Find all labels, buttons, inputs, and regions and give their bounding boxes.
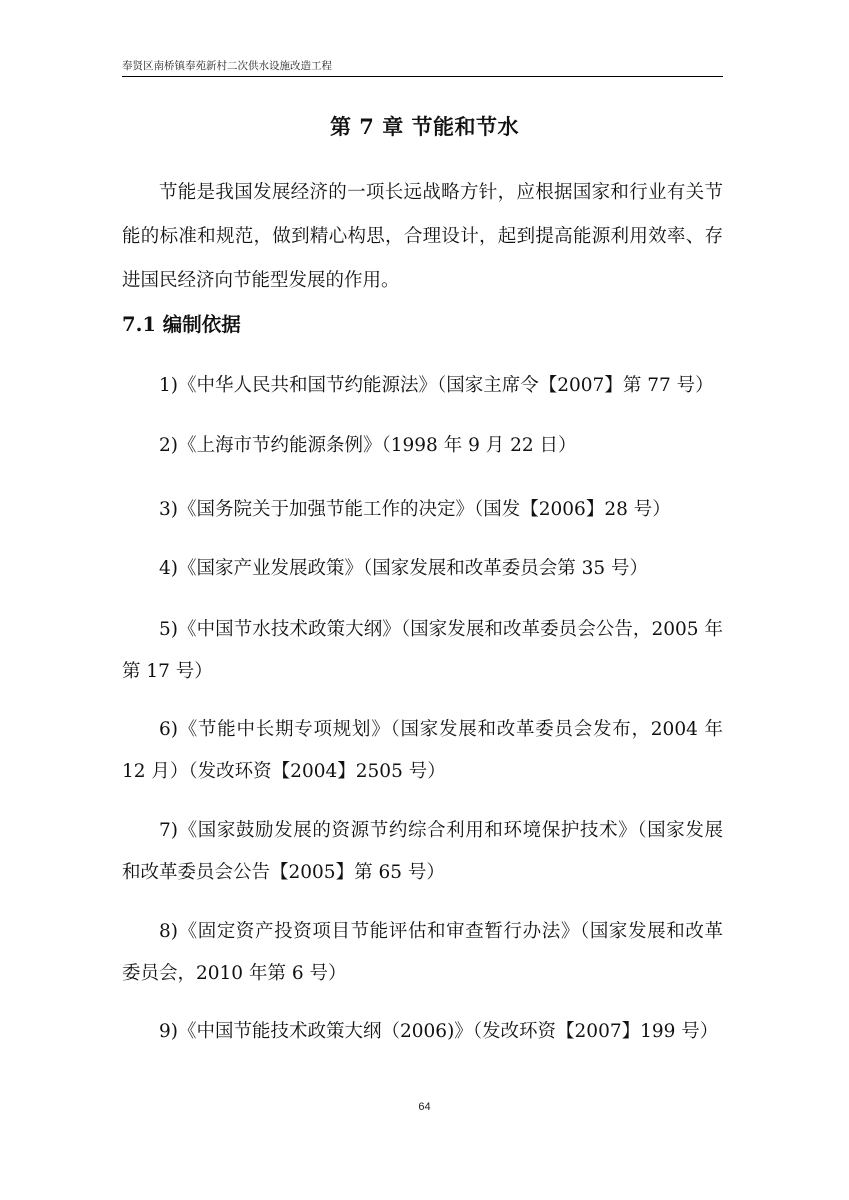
section-heading: 7.1 编制依据	[122, 311, 241, 339]
page-header: 奉贤区南桥镇奉苑新村二次供水设施改造工程	[122, 60, 723, 77]
running-title: 奉贤区南桥镇奉苑新村二次供水设施改造工程	[122, 60, 332, 73]
reference-item-6: 6)《节能中长期专项规划》（国家发展和改革委员会发布，2004 年 12 月）（…	[122, 709, 723, 793]
chapter-title: 第 7 章 节能和节水	[0, 112, 849, 142]
reference-item-8: 8)《固定资产投资项目节能评估和审查暂行办法》（国家发展和改革委员会，2010 …	[122, 911, 723, 995]
intro-paragraph: 节能是我国发展经济的一项长远战略方针，应根据国家和行业有关节能的标准和规范，做到…	[122, 171, 723, 303]
reference-item-3: 3)《国务院关于加强节能工作的决定》（国发【2006】28 号）	[122, 489, 723, 531]
page-number: 64	[0, 1101, 849, 1113]
reference-item-2: 2)《上海市节约能源条例》（1998 年 9 月 22 日）	[122, 425, 723, 467]
reference-item-4: 4)《国家产业发展政策》（国家发展和改革委员会第 35 号）	[122, 548, 723, 590]
reference-item-7: 7)《国家鼓励发展的资源节约综合利用和环境保护技术》（国家发展和改革委员会公告【…	[122, 810, 723, 894]
reference-item-5: 5)《中国节水技术政策大纲》（国家发展和改革委员会公告，2005 年 第 17 …	[122, 609, 723, 693]
reference-item-1: 1)《中华人民共和国节约能源法》（国家主席令【2007】第 77 号）	[122, 365, 723, 407]
reference-item-9: 9)《中国节能技术政策大纲（2006)》（发改环资【2007】199 号）	[122, 1011, 723, 1053]
